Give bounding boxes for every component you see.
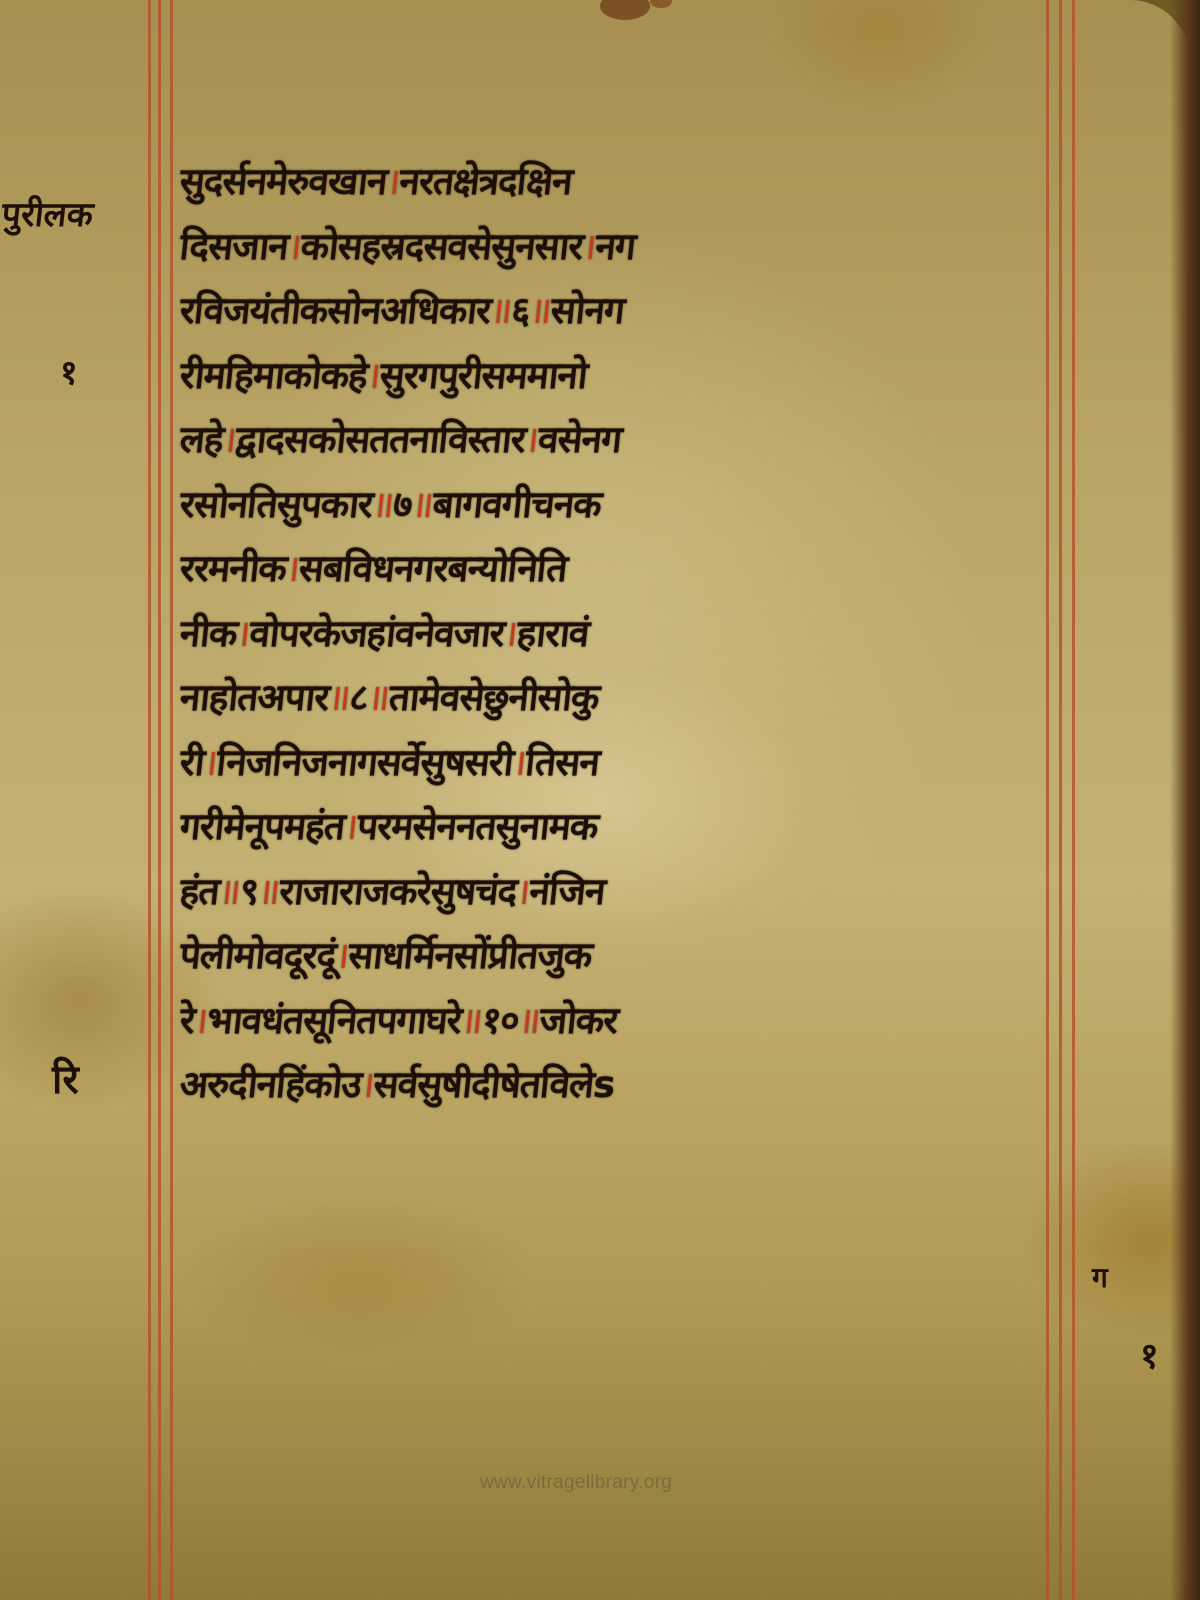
danda-mark: ॥ xyxy=(528,289,554,332)
right-margin-rule xyxy=(1072,0,1075,1600)
margin-note-ri: रि xyxy=(52,1050,79,1105)
ink-stain xyxy=(600,0,650,20)
text-line: रीमहिमाकोकहे।सुरगपुरीसममानो xyxy=(177,344,1064,409)
left-margin-rule xyxy=(158,0,161,1600)
danda-mark: । xyxy=(286,225,304,268)
right-margin-note: १ xyxy=(1140,1330,1159,1379)
danda-mark: । xyxy=(365,354,383,397)
danda-mark: ॥ xyxy=(366,676,392,719)
text-line: दिसजान।कोसहस्रदसवसेसुनसार।नग xyxy=(177,215,1064,280)
danda-mark: ॥ xyxy=(256,870,282,913)
text-line: गरीमेनूपमहंत।परमसेननतसुनामक xyxy=(177,795,1064,860)
page-edge-shadow xyxy=(1170,0,1200,1600)
danda-mark: । xyxy=(192,999,210,1042)
danda-mark: । xyxy=(502,612,520,655)
text-line: लहे।द्वादसकोसततनाविस्तार।वसेनग xyxy=(177,408,1064,473)
danda-mark: ॥ xyxy=(409,483,435,526)
text-line: नाहोतअपार॥८॥तामेवसेछुनीसोकु xyxy=(177,666,1064,731)
ink-stain xyxy=(650,0,672,8)
text-line: रे।भावधंतसूनितपगाघरे॥१०॥जोकर xyxy=(177,989,1064,1054)
manuscript-text: सुदर्सनमेरुवखान।नरतक्षेत्रदक्षिन दिसजान।… xyxy=(180,150,1060,1118)
text-line: अरुदीनहिंकोउ।सर्वसुषीदीषेतविलेs xyxy=(177,1053,1064,1118)
danda-mark: । xyxy=(202,741,220,784)
text-line: ररमनीक।सबविधनगरबन्योनिति xyxy=(177,537,1064,602)
left-margin-rule xyxy=(170,0,173,1600)
folio-number: १ xyxy=(60,348,78,394)
danda-mark: ॥ xyxy=(326,676,352,719)
text-line: पेलीमोवदूरदूं।साधर्मिनसोंप्रीतजुक xyxy=(177,924,1064,989)
danda-mark: ॥ xyxy=(459,999,485,1042)
danda-mark: । xyxy=(580,225,598,268)
danda-mark: । xyxy=(514,870,532,913)
text-line: हंत॥९॥राजाराजकरेसुषचंद।नंजिन xyxy=(177,860,1064,925)
danda-mark: । xyxy=(510,741,528,784)
text-line: रविजयंतीकसोनअधिकार॥६॥सोनग xyxy=(177,279,1064,344)
danda-mark: ॥ xyxy=(488,289,514,332)
danda-mark: ॥ xyxy=(217,870,243,913)
text-line: रसोनतिसुपकार॥७॥बागवगीचनक xyxy=(177,473,1064,538)
watermark: www.vitragellbrary.org xyxy=(480,1472,672,1494)
danda-mark: । xyxy=(284,547,302,590)
danda-mark: ॥ xyxy=(370,483,396,526)
danda-mark: ॥ xyxy=(516,999,542,1042)
text-line: सुदर्सनमेरुवखान।नरतक्षेत्रदक्षिन xyxy=(177,150,1064,215)
danda-mark: । xyxy=(384,160,402,203)
danda-mark: । xyxy=(333,934,351,977)
danda-mark: । xyxy=(359,1063,377,1106)
right-margin-note: ग xyxy=(1092,1258,1108,1296)
left-margin-rule xyxy=(148,0,151,1600)
text-line: नीक।वोपरकेजहांवनेवजार।हारावं xyxy=(177,602,1064,667)
text-line: री।निजनिजनागसर्वेसुषसरी।तिसन xyxy=(177,731,1064,796)
danda-mark: । xyxy=(342,805,360,848)
manuscript-page: पुरीलक १ रि ग १ सुदर्सनमेरुवखान।नरतक्षेत… xyxy=(0,0,1190,1600)
danda-mark: । xyxy=(221,418,239,461)
margin-heading: पुरीलक xyxy=(0,190,96,236)
danda-mark: । xyxy=(234,612,252,655)
danda-mark: । xyxy=(523,418,541,461)
